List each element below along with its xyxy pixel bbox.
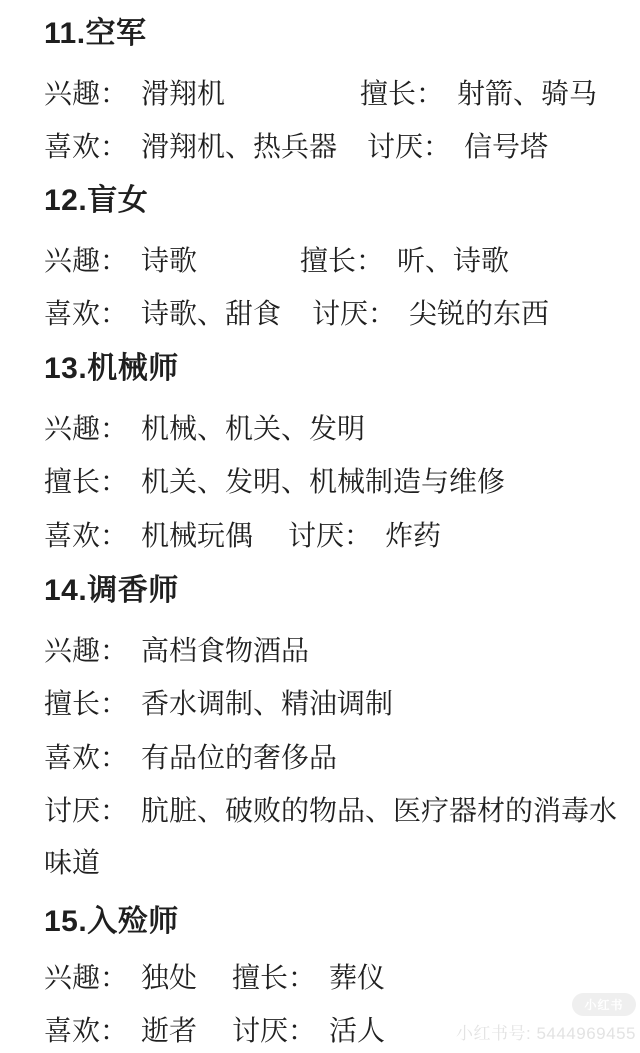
section-title: 11.空军 xyxy=(44,18,147,50)
attr-pair: 擅长：射箭、骑马 xyxy=(360,77,597,110)
attr-value: 尖锐的东西 xyxy=(409,298,549,329)
attr-pair: 兴趣：滑翔机 xyxy=(44,78,225,109)
profile-row: 擅长：机关、发明、机械制造与维修 xyxy=(44,465,632,498)
profile-row: 喜欢：滑翔机、热兵器 讨厌：信号塔 xyxy=(44,130,632,163)
profile-row: 喜欢：机械玩偶 讨厌：炸药 xyxy=(44,519,632,552)
attr-pair: 讨厌：信号塔 xyxy=(367,130,548,163)
attr-value: 机械、机关、发明 xyxy=(141,413,365,444)
attr-label: 喜欢： xyxy=(44,298,128,329)
attr-value: 炸药 xyxy=(385,520,441,551)
attr-pair: 喜欢：有品位的奢侈品 xyxy=(44,742,337,773)
attr-label: 兴趣： xyxy=(44,635,128,666)
attr-pair: 兴趣：独处 xyxy=(44,962,197,993)
attr-value: 独处 xyxy=(141,962,197,993)
profile-row: 兴趣：诗歌 擅长：听、诗歌 xyxy=(44,244,632,277)
attr-value: 高档食物酒品 xyxy=(141,635,309,666)
attr-value: 信号塔 xyxy=(464,131,548,162)
attr-value: 逝者 xyxy=(141,1015,197,1046)
attr-value: 射箭、骑马 xyxy=(457,78,597,109)
attr-pair: 讨厌：尖锐的东西 xyxy=(312,297,549,330)
section-title: 15.入殓师 xyxy=(44,906,179,938)
attr-value: 机关、发明、机械制造与维修 xyxy=(141,466,505,497)
profile-row: 兴趣：机械、机关、发明 xyxy=(44,412,632,445)
attr-label: 擅长： xyxy=(44,466,128,497)
attr-pair: 讨厌：炸药 xyxy=(288,519,441,552)
attr-pair: 擅长：听、诗歌 xyxy=(300,244,509,277)
attr-label: 兴趣： xyxy=(44,78,128,109)
attr-pair: 兴趣：高档食物酒品 xyxy=(44,635,309,666)
attr-value: 有品位的奢侈品 xyxy=(141,742,337,773)
profile-row: 喜欢：有品位的奢侈品 xyxy=(44,741,632,774)
section-title: 13.机械师 xyxy=(44,353,179,385)
attr-pair: 擅长：机关、发明、机械制造与维修 xyxy=(44,466,505,497)
attr-pair: 喜欢：滑翔机、热兵器 xyxy=(44,131,337,162)
attr-label: 擅长： xyxy=(44,688,128,719)
attr-pair: 讨厌：肮脏、破败的物品、医疗器材的消毒水味道 xyxy=(44,795,617,878)
profile-row: 兴趣：高档食物酒品 xyxy=(44,634,632,667)
attr-label: 喜欢： xyxy=(44,520,128,551)
attr-value: 滑翔机 xyxy=(141,78,225,109)
attr-label: 讨厌： xyxy=(232,1015,316,1046)
attr-label: 讨厌： xyxy=(367,131,451,162)
attr-label: 讨厌： xyxy=(288,520,372,551)
attr-label: 擅长： xyxy=(360,78,444,109)
profile-row: 擅长：香水调制、精油调制 xyxy=(44,687,632,720)
attr-pair: 喜欢：逝者 xyxy=(44,1015,197,1046)
attr-label: 讨厌： xyxy=(312,298,396,329)
attr-pair: 兴趣：机械、机关、发明 xyxy=(44,413,365,444)
xiaohongshu-account-watermark: 小红书号: 5444969455 xyxy=(456,1019,636,1044)
attr-pair: 喜欢：诗歌、甜食 xyxy=(44,298,281,329)
attr-value: 滑翔机、热兵器 xyxy=(141,131,337,162)
attr-label: 兴趣： xyxy=(44,962,128,993)
attr-pair: 兴趣：诗歌 xyxy=(44,245,197,276)
attr-pair: 喜欢：机械玩偶 xyxy=(44,520,253,551)
attr-label: 喜欢： xyxy=(44,131,128,162)
attr-label: 喜欢： xyxy=(44,742,128,773)
profile-row: 兴趣：滑翔机 擅长：射箭、骑马 xyxy=(44,77,632,110)
attr-label: 擅长： xyxy=(300,245,384,276)
attr-pair: 讨厌：活人 xyxy=(232,1014,385,1047)
attr-label: 喜欢： xyxy=(44,1015,128,1046)
attr-value: 活人 xyxy=(329,1015,385,1046)
profile-row: 喜欢：诗歌、甜食 讨厌：尖锐的东西 xyxy=(44,297,632,330)
xiaohongshu-badge: 小红书 xyxy=(572,993,636,1016)
section-title: 12.盲女 xyxy=(44,185,148,217)
attr-value: 肮脏、破败的物品、医疗器材的消毒水味道 xyxy=(44,795,617,878)
attr-value: 听、诗歌 xyxy=(397,245,509,276)
attr-value: 香水调制、精油调制 xyxy=(141,688,393,719)
section-title: 14.调香师 xyxy=(44,575,179,607)
attr-label: 擅长： xyxy=(232,962,316,993)
attr-label: 兴趣： xyxy=(44,413,128,444)
attr-pair: 擅长：葬仪 xyxy=(232,961,385,994)
attr-pair: 擅长：香水调制、精油调制 xyxy=(44,688,393,719)
attr-value: 葬仪 xyxy=(329,962,385,993)
attr-label: 兴趣： xyxy=(44,245,128,276)
attr-label: 讨厌： xyxy=(44,795,128,826)
attr-value: 机械玩偶 xyxy=(141,520,253,551)
profile-row: 兴趣：独处 擅长：葬仪 xyxy=(44,961,632,994)
attr-value: 诗歌 xyxy=(141,245,197,276)
attr-value: 诗歌、甜食 xyxy=(141,298,281,329)
profile-row: 讨厌：肮脏、破败的物品、医疗器材的消毒水味道 xyxy=(44,785,632,889)
